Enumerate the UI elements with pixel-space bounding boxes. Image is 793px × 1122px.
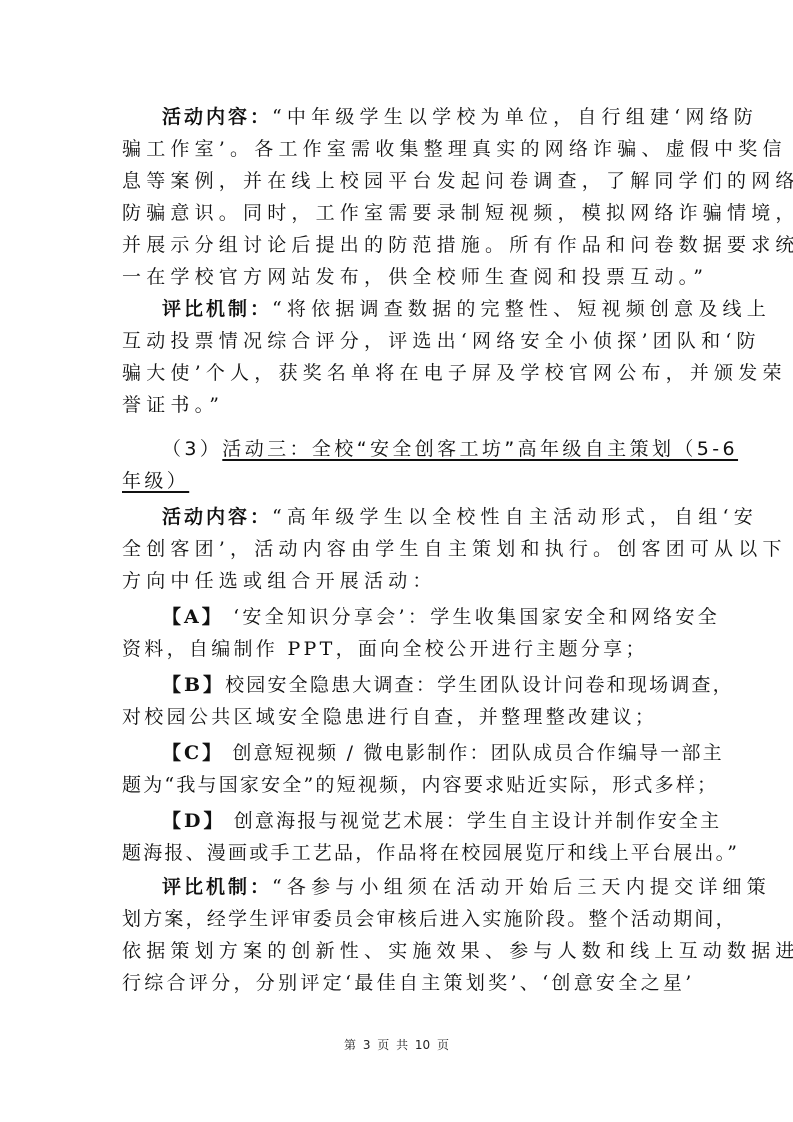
page-number-footer: 第 3 页 共 10 页 [0,1037,793,1053]
paragraph-line: 骗工作室’。各工作室需收集整理真实的网络诈骗、虚假中奖信 [122,133,674,165]
paragraph-line: 对校园公共区域安全隐患进行自查，并整理整改建议； [122,701,674,733]
paragraph-line: 活动内容：“中年级学生以学校为单位，自行组建‘网络防 [162,101,674,133]
heading-title: 活动三：全校“安全创客工坊”高年级自主策划（5-6 [222,438,738,460]
list-item-d: 【D】 创意海报与视觉艺术展：学生自主设计并制作安全主 [162,805,674,837]
paragraph-line: 誉证书。” [122,389,674,421]
paragraph-line: 互动投票情况综合评分，评选出‘网络安全小侦探’团队和‘防 [122,325,674,357]
paragraph-line: 评比机制：“将依据调查数据的完整性、短视频创意及线上 [162,293,674,325]
section-heading-continued: 年级） [122,465,674,497]
heading-number: （3） [162,438,222,460]
paragraph-line: 资料，自编制作 PPT，面向全校公开进行主题分享； [122,633,674,665]
section-heading: （3）活动三：全校“安全创客工坊”高年级自主策划（5-6 [162,433,674,465]
text-run: “高年级学生以全校性自主活动形式，自组‘安 [272,506,758,528]
list-item-a: 【A】 ‘安全知识分享会’：学生收集国家安全和网络安全 [162,601,674,633]
paragraph-line: 并展示分组讨论后提出的防范措施。所有作品和问卷数据要求统 [122,229,674,261]
list-item-b: 【B】校园安全隐患大调查：学生团队设计问卷和现场调查， [162,669,674,701]
paragraph-line: 防骗意识。同时，工作室需要录制短视频，模拟网络诈骗情境， [122,197,674,229]
paragraph-line: 方向中任选或组合开展活动： [122,565,674,597]
paragraph-line: 一在学校官方网站发布，供全校师生查阅和投票互动。” [122,261,674,293]
paragraph-line: 全创客团’，活动内容由学生自主策划和执行。创客团可从以下 [122,533,674,565]
paragraph-line: 依据策划方案的创新性、实施效果、参与人数和线上互动数据进 [122,935,674,967]
paragraph-line: 评比机制：“各参与小组须在活动开始后三天内提交详细策 [162,871,674,903]
paragraph-line: 行综合评分，分别评定‘最佳自主策划奖’、‘创意安全之星’ [122,967,674,999]
text-run: “中年级学生以学校为单位，自行组建‘网络防 [272,106,758,128]
paragraph-line: 题海报、漫画或手工艺品，作品将在校园展览厅和线上平台展出。” [122,837,674,869]
paragraph-line: 划方案，经学生评审委员会审核后进入实施阶段。整个活动期间， [122,903,674,935]
text-run: “将依据调查数据的完整性、短视频创意及线上 [272,298,771,320]
heading-title: 年级） [122,470,189,492]
text-run: ‘安全知识分享会’：学生收集国家安全和网络安全 [224,606,720,628]
text-run: 创意海报与视觉艺术展：学生自主设计并制作安全主 [225,810,721,832]
text-run: 校园安全隐患大调查：学生团队设计问卷和现场调查， [225,674,734,696]
paragraph-label: 活动内容： [162,506,272,528]
paragraph-label: 评比机制： [162,298,272,320]
list-marker: 【B】 [162,674,225,696]
paragraph-line: 活动内容：“高年级学生以全校性自主活动形式，自组‘安 [162,501,674,533]
paragraph-line: 息等案例，并在线上校园平台发起问卷调查，了解同学们的网络 [122,165,674,197]
paragraph-line: 骗大使’个人，获奖名单将在电子屏及学校官网公布，并颁发荣 [122,357,674,389]
list-marker: 【A】 [162,606,224,628]
paragraph-label: 活动内容： [162,106,272,128]
list-marker: 【C】 [162,742,224,764]
document-page: 活动内容：“中年级学生以学校为单位，自行组建‘网络防 骗工作室’。各工作室需收集… [0,0,793,1122]
text-run: “各参与小组须在活动开始后三天内提交详细策 [272,876,771,898]
list-item-c: 【C】 创意短视频 / 微电影制作：团队成员合作编导一部主 [162,737,674,769]
text-run: 创意短视频 / 微电影制作：团队成员合作编导一部主 [224,742,724,764]
paragraph-line: 题为“我与国家安全”的短视频，内容要求贴近实际，形式多样； [122,769,674,801]
list-marker: 【D】 [162,810,225,832]
paragraph-label: 评比机制： [162,876,272,898]
